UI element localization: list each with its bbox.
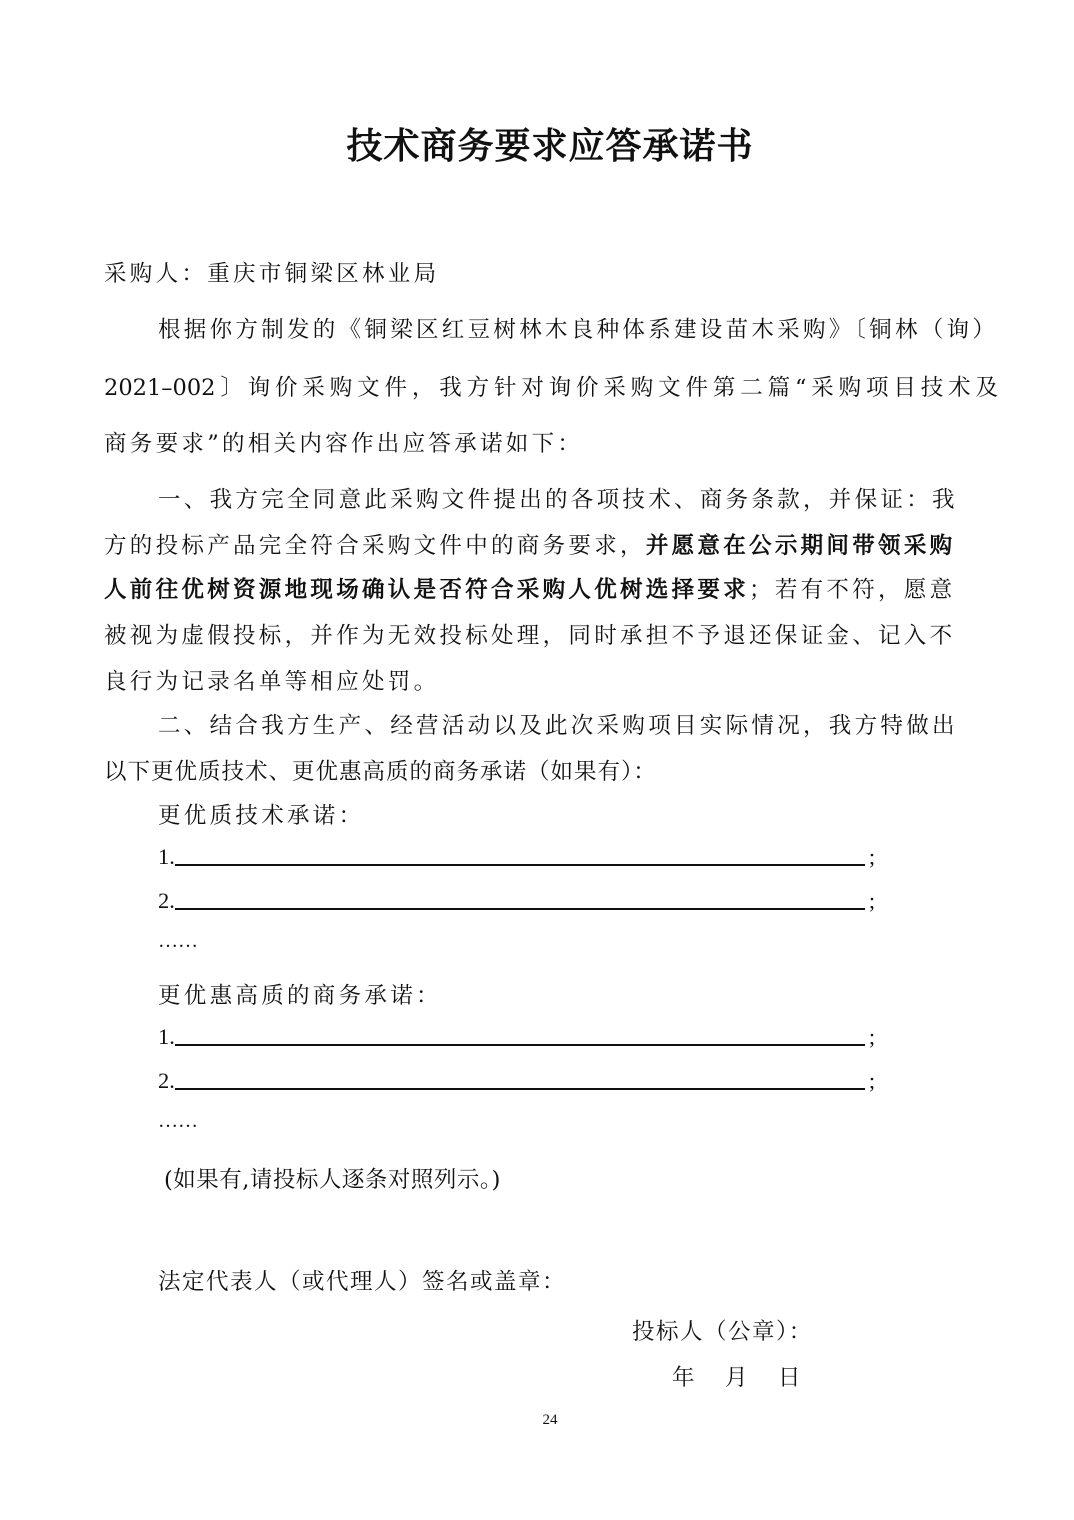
business-commitment-item-1: 1. ; xyxy=(158,1022,875,1050)
business-commitment-blank-1[interactable] xyxy=(175,1022,865,1046)
note-text: (如果有,请投标人逐条对照列示。) xyxy=(164,1162,501,1194)
purchaser-line: 采购人：重庆市铜梁区林业局 xyxy=(104,256,439,288)
section2-line-1: 二、结合我方生产、经营活动以及此次采购项目实际情况，我方特做出 xyxy=(158,708,958,740)
document-title: 技术商务要求应答承诺书 xyxy=(0,118,1074,169)
section1-line-1: 一、我方完全同意此采购文件提出的各项技术、商务条款，并保证：我 xyxy=(158,482,958,514)
business-commitment-label: 更优惠高质的商务承诺： xyxy=(158,978,442,1010)
tech-commitment-item-1: 1. ; xyxy=(158,842,875,870)
page-number: 24 xyxy=(0,1412,1074,1429)
signature-date: 年 月 日 xyxy=(672,1360,805,1392)
section1-line-5: 良行为记录名单等相应处罚。 xyxy=(104,664,439,696)
tech-commitment-item-2: 2. ; xyxy=(158,886,875,914)
intro-line-1: 根据你方制发的《铜梁区红豆树林木良种体系建设苗木采购》〔铜林（询） xyxy=(158,312,998,344)
tech-commitment-blank-1[interactable] xyxy=(175,842,865,866)
business-commitment-ellipsis: …… xyxy=(158,1110,198,1133)
section1-line-3-bold: 人前往优树资源地现场确认是否符合采购人优树选择要求 xyxy=(104,577,749,603)
section1-line-2: 方的投标产品完全符合采购文件中的商务要求，并愿意在公示期间带领采购 xyxy=(104,528,955,560)
intro-line-2: 2021–002〕询价采购文件，我方针对询价采购文件第二篇“采购项目技术及 xyxy=(104,370,998,402)
tech-commitment-blank-2[interactable] xyxy=(175,886,865,910)
tech-commitment-ellipsis: …… xyxy=(158,930,198,953)
section1-line-4: 被视为虚假投标，并作为无效投标处理，同时承担不予退还保证金、记入不 xyxy=(104,618,955,650)
business-commitment-blank-2[interactable] xyxy=(175,1066,865,1090)
section1-line-3: 人前往优树资源地现场确认是否符合采购人优树选择要求；若有不符，愿意 xyxy=(104,572,955,604)
section1-line-2-bold: 并愿意在公示期间带领采购 xyxy=(646,533,956,559)
tech-commitment-label: 更优质技术承诺： xyxy=(158,798,364,830)
intro-line-3: 商务要求”的相关内容作出应答承诺如下： xyxy=(104,426,583,458)
section2-line-2: 以下更优质技术、更优惠高质的商务承诺（如果有）： xyxy=(104,754,657,786)
section1-line-2-normal: 方的投标产品完全符合采购文件中的商务要求， xyxy=(104,533,646,559)
legal-rep-signature: 法定代表人（或代理人）签名或盖章： xyxy=(158,1264,566,1296)
bidder-seal: 投标人（公章）： xyxy=(632,1314,813,1346)
section1-line-3-normal: ；若有不符，愿意 xyxy=(749,577,955,603)
business-commitment-item-2: 2. ; xyxy=(158,1066,875,1094)
